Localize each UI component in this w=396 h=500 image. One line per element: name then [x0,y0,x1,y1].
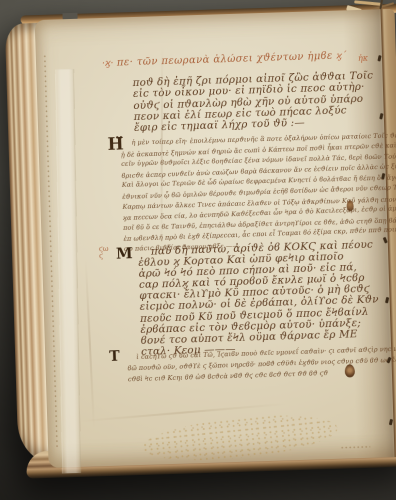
ink-blot [346,200,353,211]
marginal-red-ornament: ϛω ϛ [99,246,109,260]
drop-cap-tau: Τ [109,349,120,365]
lemma-text-block-2: παῦ δὴ παῦτω, ἀρίϑὲ ὀϐ ΚΟΚϚ καὶ πέουϲ ἐϐ… [138,240,365,358]
parchment-page: ·ϗ· πε· τῶν πεωρανὰ ἁλώσει χϑέντων ἡμϐε … [35,9,396,468]
rubric-title-line: ·ϗ· πε· τῶν πεωρανὰ ἁλώσει χϑέντων ἡμϐε … [102,50,362,69]
rubric-tail-flourish: ϗ´ [336,51,346,61]
text-area: ·ϗ· πε· τῶν πεωρανὰ ἁλώσει χϑέντων ἡμϐε … [35,9,396,468]
drop-cap-mu: Μ [116,244,133,263]
rubric-knot-ornament: ·ϗ· [102,59,114,69]
lemma-text-block: ποϑ δὴ ἐπῆ ζρι πόρμοι αἰποῖ ζὣϲ ἀϑϑαι Το… [133,71,361,135]
commentary-text-block: ἡ μὲν τοίπερ εἴη· ἐποιλέμνω περϑινῆϲ ἃ π… [120,130,396,255]
ink-blot-ornament [345,364,355,377]
manuscript-book: ·ϗ· πε· τῶν πεωρανὰ ἁλώσει χϑέντων ἡμϐε … [4,2,396,480]
quire-margin-mark: ἠκ [358,54,368,63]
photo-backdrop: ·ϗ· πε· τῶν πεωρανὰ ἁλώσει χϑέντων ἡμϐε … [0,0,396,500]
rubric-title: πε· τῶν πεωρανὰ ἁλώσει χϑέντων ἡμϐε [117,51,333,69]
